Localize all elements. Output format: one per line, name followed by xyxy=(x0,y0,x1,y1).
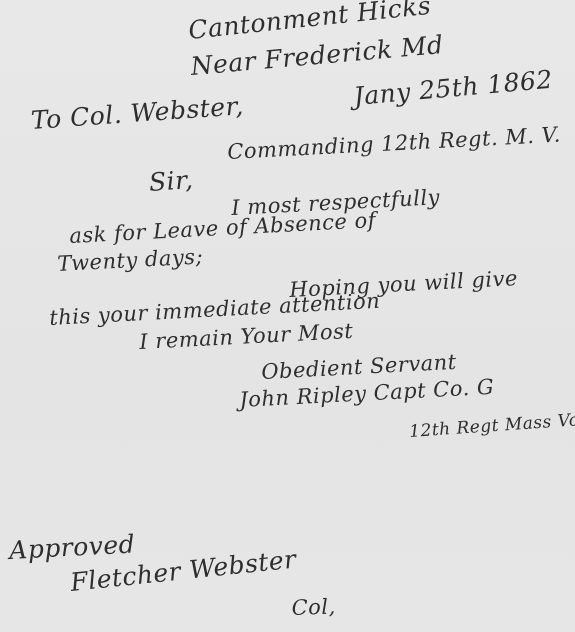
endorsement-status: Approved xyxy=(8,529,135,565)
endorsement-title: Col, xyxy=(291,594,336,620)
salutation: Sir, xyxy=(148,165,194,197)
letter-page: Cantonment Hicks Near Frederick Md Jany … xyxy=(0,0,575,632)
addressee-name: To Col. Webster, xyxy=(30,91,245,135)
body-line-3: Twenty days; xyxy=(57,244,204,276)
body-line-6: I remain Your Most xyxy=(139,319,354,354)
signature-unit: 12th Regt Mass Vol xyxy=(409,410,575,442)
letter-date: Jany 25th 1862 xyxy=(352,65,553,111)
addressee-title: Commanding 12th Regt. M. V. xyxy=(227,123,562,164)
body-line-2: ask for Leave of Absence of xyxy=(69,208,377,248)
